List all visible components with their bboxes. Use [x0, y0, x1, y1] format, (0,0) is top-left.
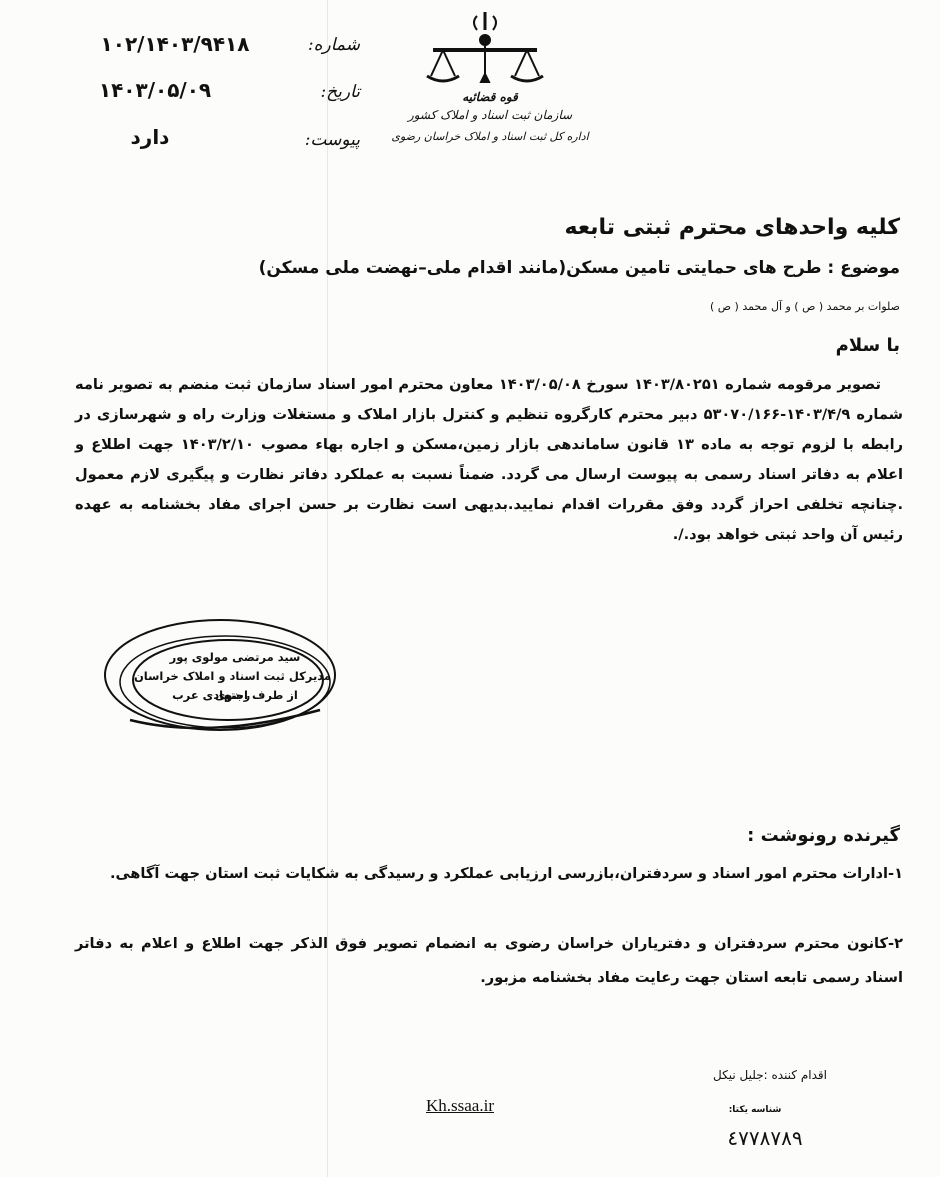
- letter-subject: موضوع : طرح های حمایتی تامین مسکن(مانند …: [250, 258, 900, 278]
- unique-id-label: شناسه یکتا:: [640, 1105, 870, 1115]
- letter-date: ۱۴۰۳/۰۵/۰۹: [80, 78, 230, 102]
- letter-body: تصویر مرقومه شماره ۱۴۰۳/۸۰۲۵۱ سورخ ۱۴۰۳/…: [75, 370, 903, 550]
- stamp-delegate: از طرف اجتهادی عرب: [140, 686, 330, 705]
- recipient-heading: کلیه واحدهای محترم ثبتی تابعه: [380, 215, 900, 240]
- signature-stamp: سید مرتضی مولوی پور مدیرکل ثبت اسناد و ا…: [100, 610, 340, 740]
- date-label: تاریخ:: [300, 82, 360, 102]
- emblem-line-organization: سازمان ثبت اسناد و املاک کشور: [360, 106, 620, 124]
- emblem: [415, 8, 555, 92]
- salawat-line: صلوات بر محمد ( ص ) و آل محمد ( ص ): [500, 300, 900, 313]
- website-link[interactable]: Kh.ssaa.ir: [400, 1096, 520, 1116]
- emblem-line-judiciary: قوه قضائیه: [360, 88, 620, 106]
- attachment-label: پیوست:: [290, 130, 360, 150]
- greeting: با سلام: [600, 335, 900, 356]
- scan-fold-line: [327, 0, 328, 1177]
- letter-page: قوه قضائیه سازمان ثبت اسناد و املاک کشور…: [0, 0, 940, 1177]
- attachment-value: دارد: [110, 125, 190, 149]
- scales-of-justice-emblem-icon: [415, 8, 555, 88]
- letter-number: ۱۰۲/۱۴۰۳/۹۴۱۸: [80, 32, 270, 56]
- number-label: شماره:: [300, 35, 360, 55]
- stamp-name: سید مرتضی مولوی پور: [140, 648, 330, 667]
- action-by: اقدام کننده :جلیل نیکل: [640, 1068, 900, 1082]
- emblem-line-department: اداره کل ثبت اسناد و املاک خراسان رضوی: [360, 128, 620, 146]
- cc-item-1: ۱-ادارات محترم امور اسناد و سردفتران،باز…: [75, 857, 903, 891]
- unique-id-value: ٤٧٧٨٧٨٩: [690, 1126, 840, 1150]
- cc-title: گیرنده رونوشت :: [600, 825, 900, 846]
- cc-item-2: ۲-کانون محترم سردفتران و دفتریاران خراسا…: [75, 927, 903, 995]
